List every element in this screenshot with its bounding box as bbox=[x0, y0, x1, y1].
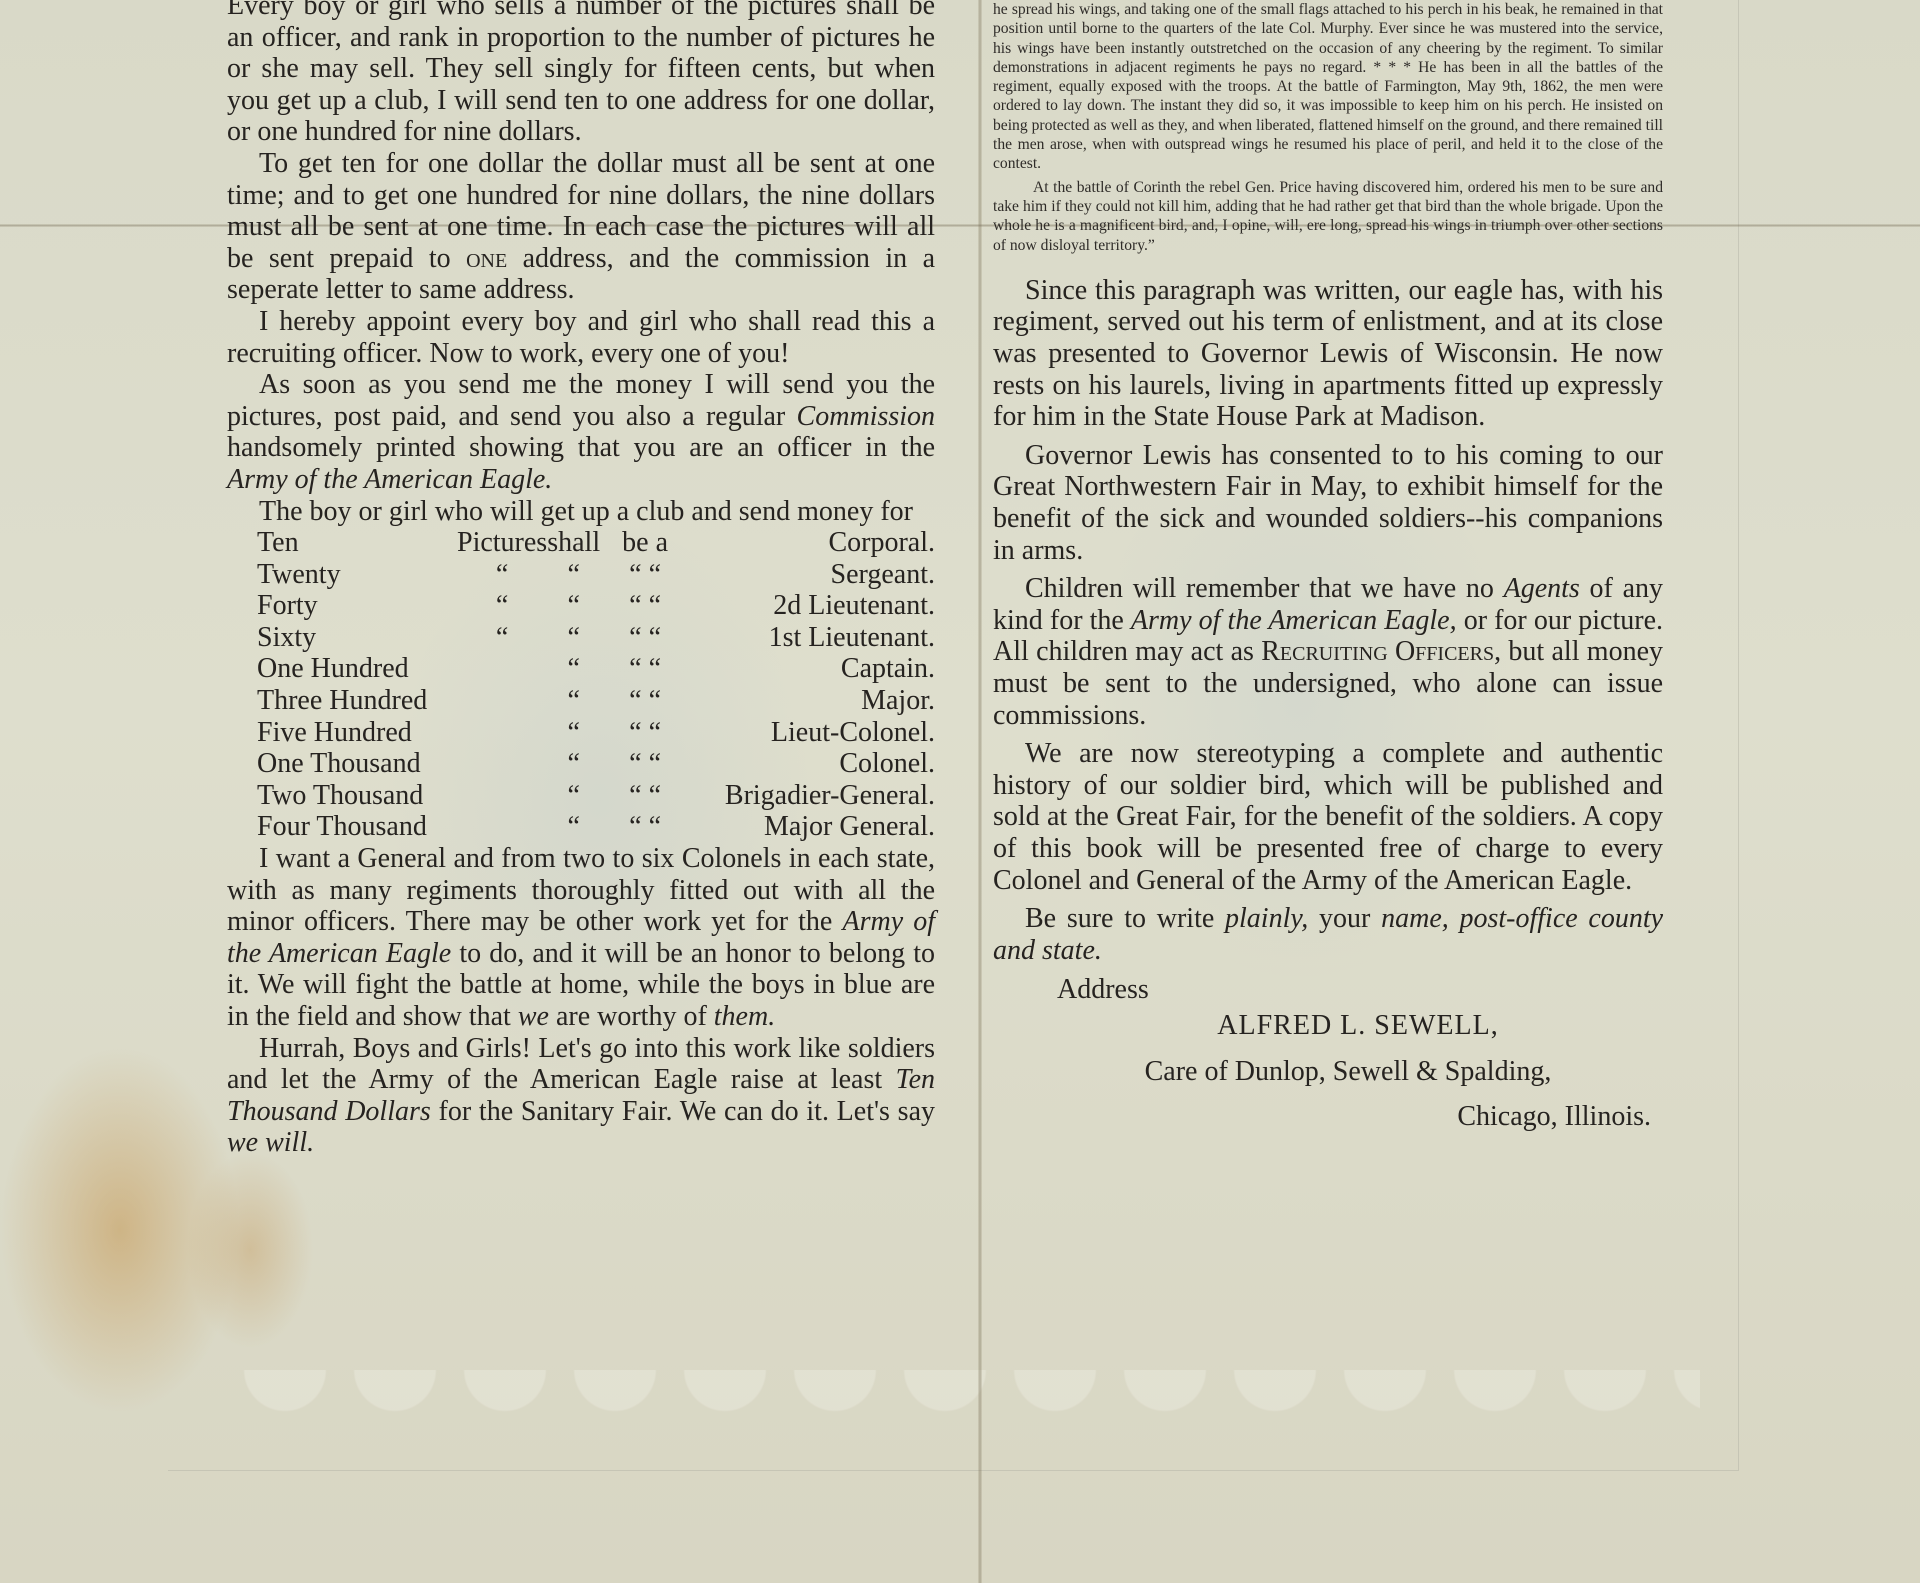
paragraph-hurrah: Hurrah, Boys and Girls! Let's go into th… bbox=[227, 1033, 935, 1159]
rank-table: TenPicturesshallbe aCorporal.Twenty“““ “… bbox=[257, 527, 935, 843]
rank-row: Twenty“““ “Sergeant. bbox=[257, 559, 935, 591]
paragraph-club-intro: The boy or girl who will get up a club a… bbox=[227, 496, 935, 528]
left-column: Every boy or girl who sells a number of … bbox=[227, 0, 935, 1159]
decorative-scallop-border bbox=[230, 1370, 1700, 1470]
rank-cell-rank: 1st Lieutenant. bbox=[690, 622, 935, 654]
rank-cell-c1 bbox=[457, 653, 547, 685]
rank-cell-count: Forty bbox=[257, 590, 457, 622]
right-column: he spread his wings, and taking one of t… bbox=[993, 0, 1663, 1133]
rank-cell-c1: Pictures bbox=[457, 527, 547, 559]
address-label: Address bbox=[993, 974, 1663, 1006]
rank-cell-rank: Sergeant. bbox=[690, 559, 935, 591]
rank-cell-c3: “ “ bbox=[600, 780, 690, 812]
address-care-of: Care of Dunlop, Sewell & Spalding, bbox=[993, 1056, 1663, 1088]
rank-cell-c2: shall bbox=[547, 527, 600, 559]
rank-cell-c1: “ bbox=[457, 622, 547, 654]
quote-paragraph-corinth: At the battle of Corinth the rebel Gen. … bbox=[993, 178, 1663, 255]
rank-cell-c1 bbox=[457, 717, 547, 749]
rank-cell-c2: “ bbox=[547, 559, 600, 591]
rank-cell-count: One Hundred bbox=[257, 653, 457, 685]
paragraph-officer-rank: Every boy or girl who sells a number of … bbox=[227, 0, 935, 148]
rank-cell-c3: “ “ bbox=[600, 559, 690, 591]
rank-cell-c1: “ bbox=[457, 559, 547, 591]
rank-row: One Thousand““ “Colonel. bbox=[257, 748, 935, 780]
rank-cell-rank: Lieut-Colonel. bbox=[690, 717, 935, 749]
rank-cell-count: Three Hundred bbox=[257, 685, 457, 717]
rank-cell-c3: be a bbox=[600, 527, 690, 559]
quoted-eagle-account: he spread his wings, and taking one of t… bbox=[993, 0, 1663, 255]
rank-cell-count: Twenty bbox=[257, 559, 457, 591]
rank-cell-c2: “ bbox=[547, 748, 600, 780]
rank-cell-c3: “ “ bbox=[600, 748, 690, 780]
rank-cell-rank: Major. bbox=[690, 685, 935, 717]
rank-row: Forty“““ “2d Lieutenant. bbox=[257, 590, 935, 622]
rank-cell-rank: Corporal. bbox=[690, 527, 935, 559]
rank-cell-c2: “ bbox=[547, 622, 600, 654]
rank-cell-c2: “ bbox=[547, 780, 600, 812]
rank-cell-c1: “ bbox=[457, 590, 547, 622]
rank-cell-c3: “ “ bbox=[600, 685, 690, 717]
rank-cell-count: Sixty bbox=[257, 622, 457, 654]
address-name: ALFRED L. SEWELL, bbox=[993, 1010, 1663, 1042]
paragraph-commission: As soon as you send me the money I will … bbox=[227, 369, 935, 495]
rank-cell-rank: Brigadier-General. bbox=[690, 780, 935, 812]
paragraph-write-plainly: Be sure to write plainly, your name, pos… bbox=[993, 903, 1663, 966]
rank-cell-rank: Major General. bbox=[690, 811, 935, 843]
right-body-text: Since this paragraph was written, our ea… bbox=[993, 275, 1663, 1133]
rank-cell-rank: Captain. bbox=[690, 653, 935, 685]
rank-cell-c3: “ “ bbox=[600, 653, 690, 685]
rank-cell-count: Two Thousand bbox=[257, 780, 457, 812]
rank-row: One Hundred““ “Captain. bbox=[257, 653, 935, 685]
rank-row: Five Hundred““ “Lieut-Colonel. bbox=[257, 717, 935, 749]
rank-cell-c3: “ “ bbox=[600, 622, 690, 654]
emphasis-recruiting-officers: Recruiting Officers, bbox=[1261, 636, 1501, 667]
rank-cell-count: Five Hundred bbox=[257, 717, 457, 749]
rank-cell-c1 bbox=[457, 685, 547, 717]
quote-paragraph-farmington: he spread his wings, and taking one of t… bbox=[993, 0, 1663, 174]
rank-cell-c1 bbox=[457, 780, 547, 812]
rank-cell-rank: Colonel. bbox=[690, 748, 935, 780]
paragraph-history-book: We are now stereotyping a complete and a… bbox=[993, 738, 1663, 896]
rank-cell-c3: “ “ bbox=[600, 590, 690, 622]
paragraph-no-agents: Children will remember that we have no A… bbox=[993, 573, 1663, 731]
rank-row: TenPicturesshallbe aCorporal. bbox=[257, 527, 935, 559]
rank-row: Four Thousand““ “Major General. bbox=[257, 811, 935, 843]
rank-cell-count: One Thousand bbox=[257, 748, 457, 780]
rank-row: Two Thousand““ “Brigadier-General. bbox=[257, 780, 935, 812]
paragraph-club-terms: To get ten for one dollar the dollar mus… bbox=[227, 148, 935, 306]
rank-cell-c3: “ “ bbox=[600, 717, 690, 749]
rank-cell-c2: “ bbox=[547, 717, 600, 749]
vertical-fold-crease bbox=[978, 0, 982, 1583]
rank-cell-c1 bbox=[457, 811, 547, 843]
rank-cell-count: Four Thousand bbox=[257, 811, 457, 843]
rank-row: Three Hundred““ “Major. bbox=[257, 685, 935, 717]
emphasis-one: one bbox=[466, 243, 507, 274]
rank-cell-rank: 2d Lieutenant. bbox=[690, 590, 935, 622]
rank-cell-c2: “ bbox=[547, 653, 600, 685]
address-city: Chicago, Illinois. bbox=[993, 1101, 1663, 1133]
paragraph-general-wanted: I want a General and from two to six Col… bbox=[227, 843, 935, 1033]
rank-row: Sixty“““ “1st Lieutenant. bbox=[257, 622, 935, 654]
paragraph-eagle-retired: Since this paragraph was written, our ea… bbox=[993, 275, 1663, 433]
rank-cell-c3: “ “ bbox=[600, 811, 690, 843]
rank-cell-c2: “ bbox=[547, 811, 600, 843]
rank-cell-c1 bbox=[457, 748, 547, 780]
paragraph-appointment: I hereby appoint every boy and girl who … bbox=[227, 306, 935, 369]
rank-cell-c2: “ bbox=[547, 590, 600, 622]
rank-cell-c2: “ bbox=[547, 685, 600, 717]
rank-cell-count: Ten bbox=[257, 527, 457, 559]
address-block: Address ALFRED L. SEWELL, Care of Dunlop… bbox=[993, 974, 1663, 1132]
paragraph-governor-lewis: Governor Lewis has consented to to his c… bbox=[993, 440, 1663, 566]
